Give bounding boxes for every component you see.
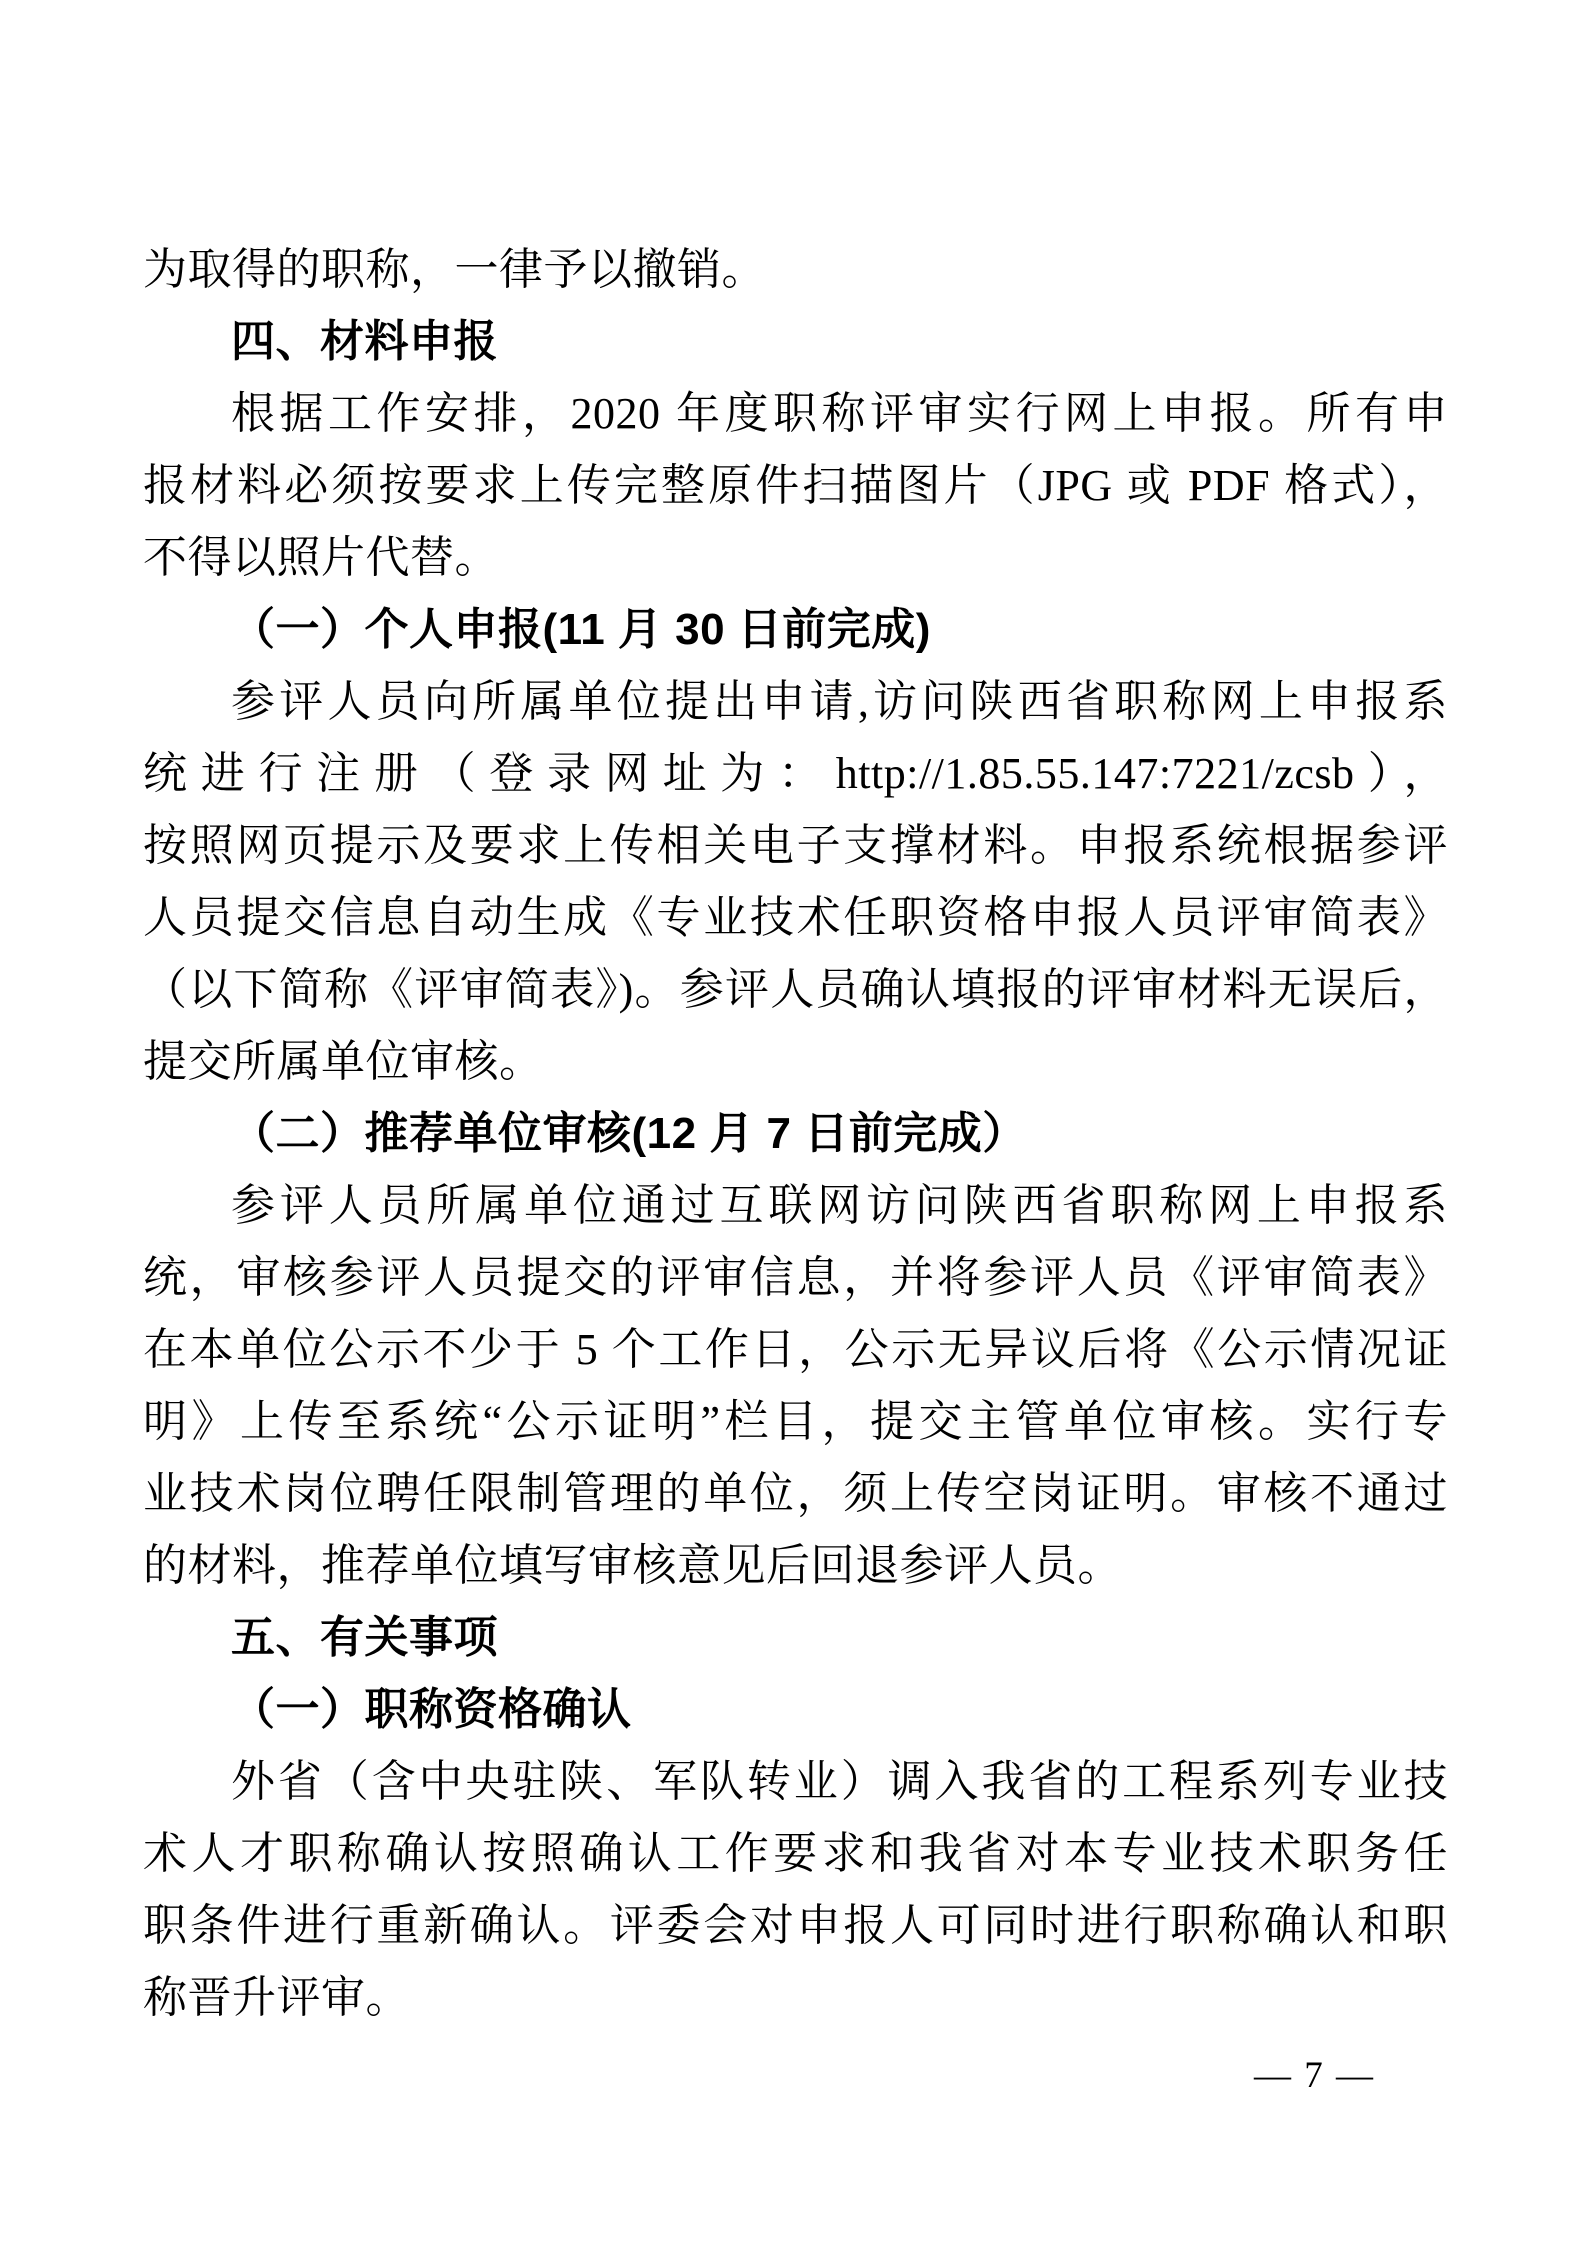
text-line: （以下简称《评审简表》)。参评人员确认填报的评审材料无误后，	[143, 954, 1448, 1026]
text-line: 不得以照片代替。	[143, 522, 1448, 594]
text-line: 业技术岗位聘任限制管理的单位，须上传空岗证明。审核不通过	[143, 1458, 1448, 1530]
text-line: 按照网页提示及要求上传相关电子支撑材料。申报系统根据参评	[143, 810, 1448, 882]
document-body: 为取得的职称，一律予以撤销。四、材料申报根据工作安排，2020 年度职称评审实行…	[143, 234, 1448, 2034]
text-line: 人员提交信息自动生成《专业技术任职资格申报人员评审简表》	[143, 882, 1448, 954]
text-line: 统进行注册（登录网址为：http://1.85.55.147:7221/zcsb…	[143, 738, 1448, 810]
text-line: 的材料，推荐单位填写审核意见后回退参评人员。	[143, 1530, 1448, 1602]
document-page: 为取得的职称，一律予以撤销。四、材料申报根据工作安排，2020 年度职称评审实行…	[0, 0, 1587, 2245]
text-line: 报材料必须按要求上传完整原件扫描图片（JPG 或 PDF 格式），	[143, 450, 1448, 522]
page-number: — 7 —	[1254, 2052, 1375, 2100]
text-line: 术人才职称确认按照确认工作要求和我省对本专业技术职务任	[143, 1818, 1448, 1890]
text-line: 根据工作安排，2020 年度职称评审实行网上申报。所有申	[143, 378, 1448, 450]
text-line: 参评人员所属单位通过互联网访问陕西省职称网上申报系	[143, 1170, 1448, 1242]
text-line: 统，审核参评人员提交的评审信息，并将参评人员《评审简表》	[143, 1242, 1448, 1314]
text-line: 职条件进行重新确认。评委会对申报人可同时进行职称确认和职	[143, 1890, 1448, 1962]
section-heading: 四、材料申报	[143, 306, 1448, 378]
text-line: 为取得的职称，一律予以撤销。	[143, 234, 1448, 306]
text-line: 在本单位公示不少于 5 个工作日，公示无异议后将《公示情况证	[143, 1314, 1448, 1386]
text-line: 称晋升评审。	[143, 1962, 1448, 2034]
section-heading: 五、有关事项	[143, 1602, 1448, 1674]
text-line: 提交所属单位审核。	[143, 1026, 1448, 1098]
section-heading: （二）推荐单位审核(12 月 7 日前完成）	[143, 1098, 1448, 1170]
section-heading: （一）职称资格确认	[143, 1674, 1448, 1746]
text-line: 参评人员向所属单位提出申请,访问陕西省职称网上申报系	[143, 666, 1448, 738]
text-line: 明》上传至系统“公示证明”栏目，提交主管单位审核。实行专	[143, 1386, 1448, 1458]
section-heading: （一）个人申报(11 月 30 日前完成)	[143, 594, 1448, 666]
text-line: 外省（含中央驻陕、军队转业）调入我省的工程系列专业技	[143, 1746, 1448, 1818]
